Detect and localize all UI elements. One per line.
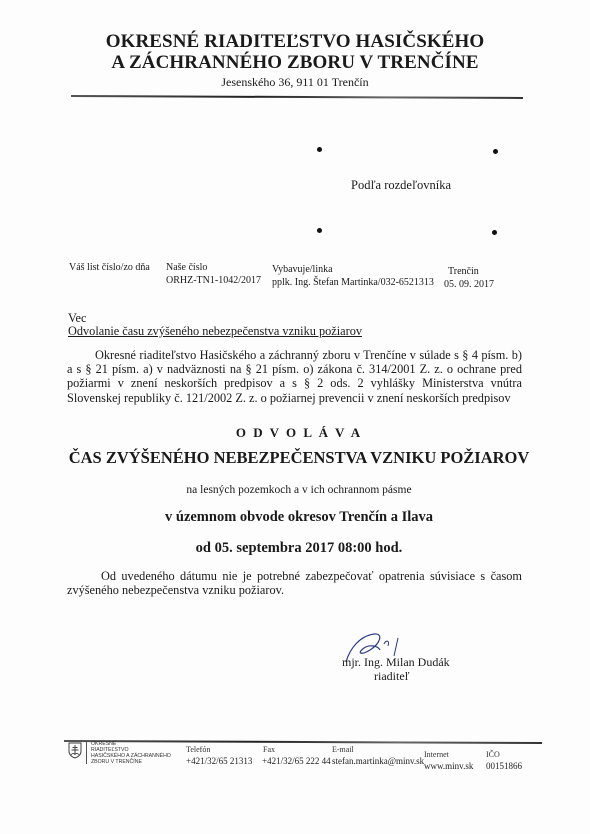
address-corner-mark: [492, 230, 497, 235]
subject-text: Odvolanie času zvýšeného nebezpečenstva …: [68, 324, 362, 338]
address-corner-mark: [317, 228, 322, 233]
phone-label: Telefón: [186, 745, 210, 754]
letter-date: 05. 09. 2017: [444, 279, 494, 291]
slovak-coat-of-arms-icon: [68, 742, 82, 759]
web-label: Internet: [424, 750, 449, 759]
handled-by-value: pplk. Ing. Štefan Martinka/032-6521313: [272, 277, 434, 289]
decision-effective-date: od 05. septembra 2017 08:00 hod.: [0, 540, 590, 557]
our-number-label: Naše číslo: [166, 262, 207, 274]
signatory-name: mjr. Ing. Milan Dudák: [342, 655, 450, 670]
ico-label: IČO: [486, 750, 500, 759]
org-title-line1: OKRESNÉ RIADITEĽSTVO HASIČSKÉHO: [0, 31, 590, 52]
fax-label: Fax: [263, 745, 275, 754]
org-address: Jesenského 36, 911 01 Trenčín: [0, 75, 590, 90]
ico-value: 00151866: [486, 761, 522, 771]
closing-paragraph: Od uvedeného dátumu nie je potrebné zabe…: [67, 569, 522, 597]
address-corner-mark: [493, 149, 498, 154]
our-number-value: ORHZ-TN1-1042/2017: [166, 275, 261, 287]
fax-value: +421/32/65 222 44: [262, 756, 331, 766]
web-link[interactable]: www.minv.sk: [424, 761, 473, 771]
decision-headline: ČAS ZVÝŠENÉHO NEBEZPEČENSTVA VZNIKU POŽI…: [0, 448, 590, 468]
legal-basis-paragraph: Okresné riaditeľstvo Hasičského a záchra…: [67, 348, 522, 405]
decision-area: v územnom obvode okresov Trenčín a Ilava: [0, 509, 590, 526]
email-link[interactable]: stefan.martinka@minv.sk: [332, 756, 424, 766]
address-corner-mark: [317, 147, 322, 152]
your-letter-label: Váš list číslo/zo dňa: [69, 262, 150, 274]
recipient: Podľa rozdeľovníka: [351, 178, 451, 193]
decision-scope: na lesných pozemkoch a v ich ochrannom p…: [0, 484, 590, 496]
phone-value: +421/32/65 21313: [186, 756, 252, 766]
org-title-line2: A ZÁCHRANNÉHO ZBORU V TRENČÍNE: [0, 52, 590, 73]
handled-by-label: Vybavuje/linka: [272, 264, 333, 276]
decision-verb: O D V O L Á V A: [0, 425, 590, 441]
footer-org-name: OKRESNÉ RIADITEĽSTVO HASIČSKÉHO A ZÁCHRA…: [91, 741, 171, 765]
footer-logo-divider: [86, 742, 87, 764]
signatory-role: riaditeľ: [374, 669, 410, 684]
header-rule: [71, 95, 523, 98]
place-label: Trenčín: [448, 266, 479, 278]
email-label: E-mail: [332, 745, 354, 754]
